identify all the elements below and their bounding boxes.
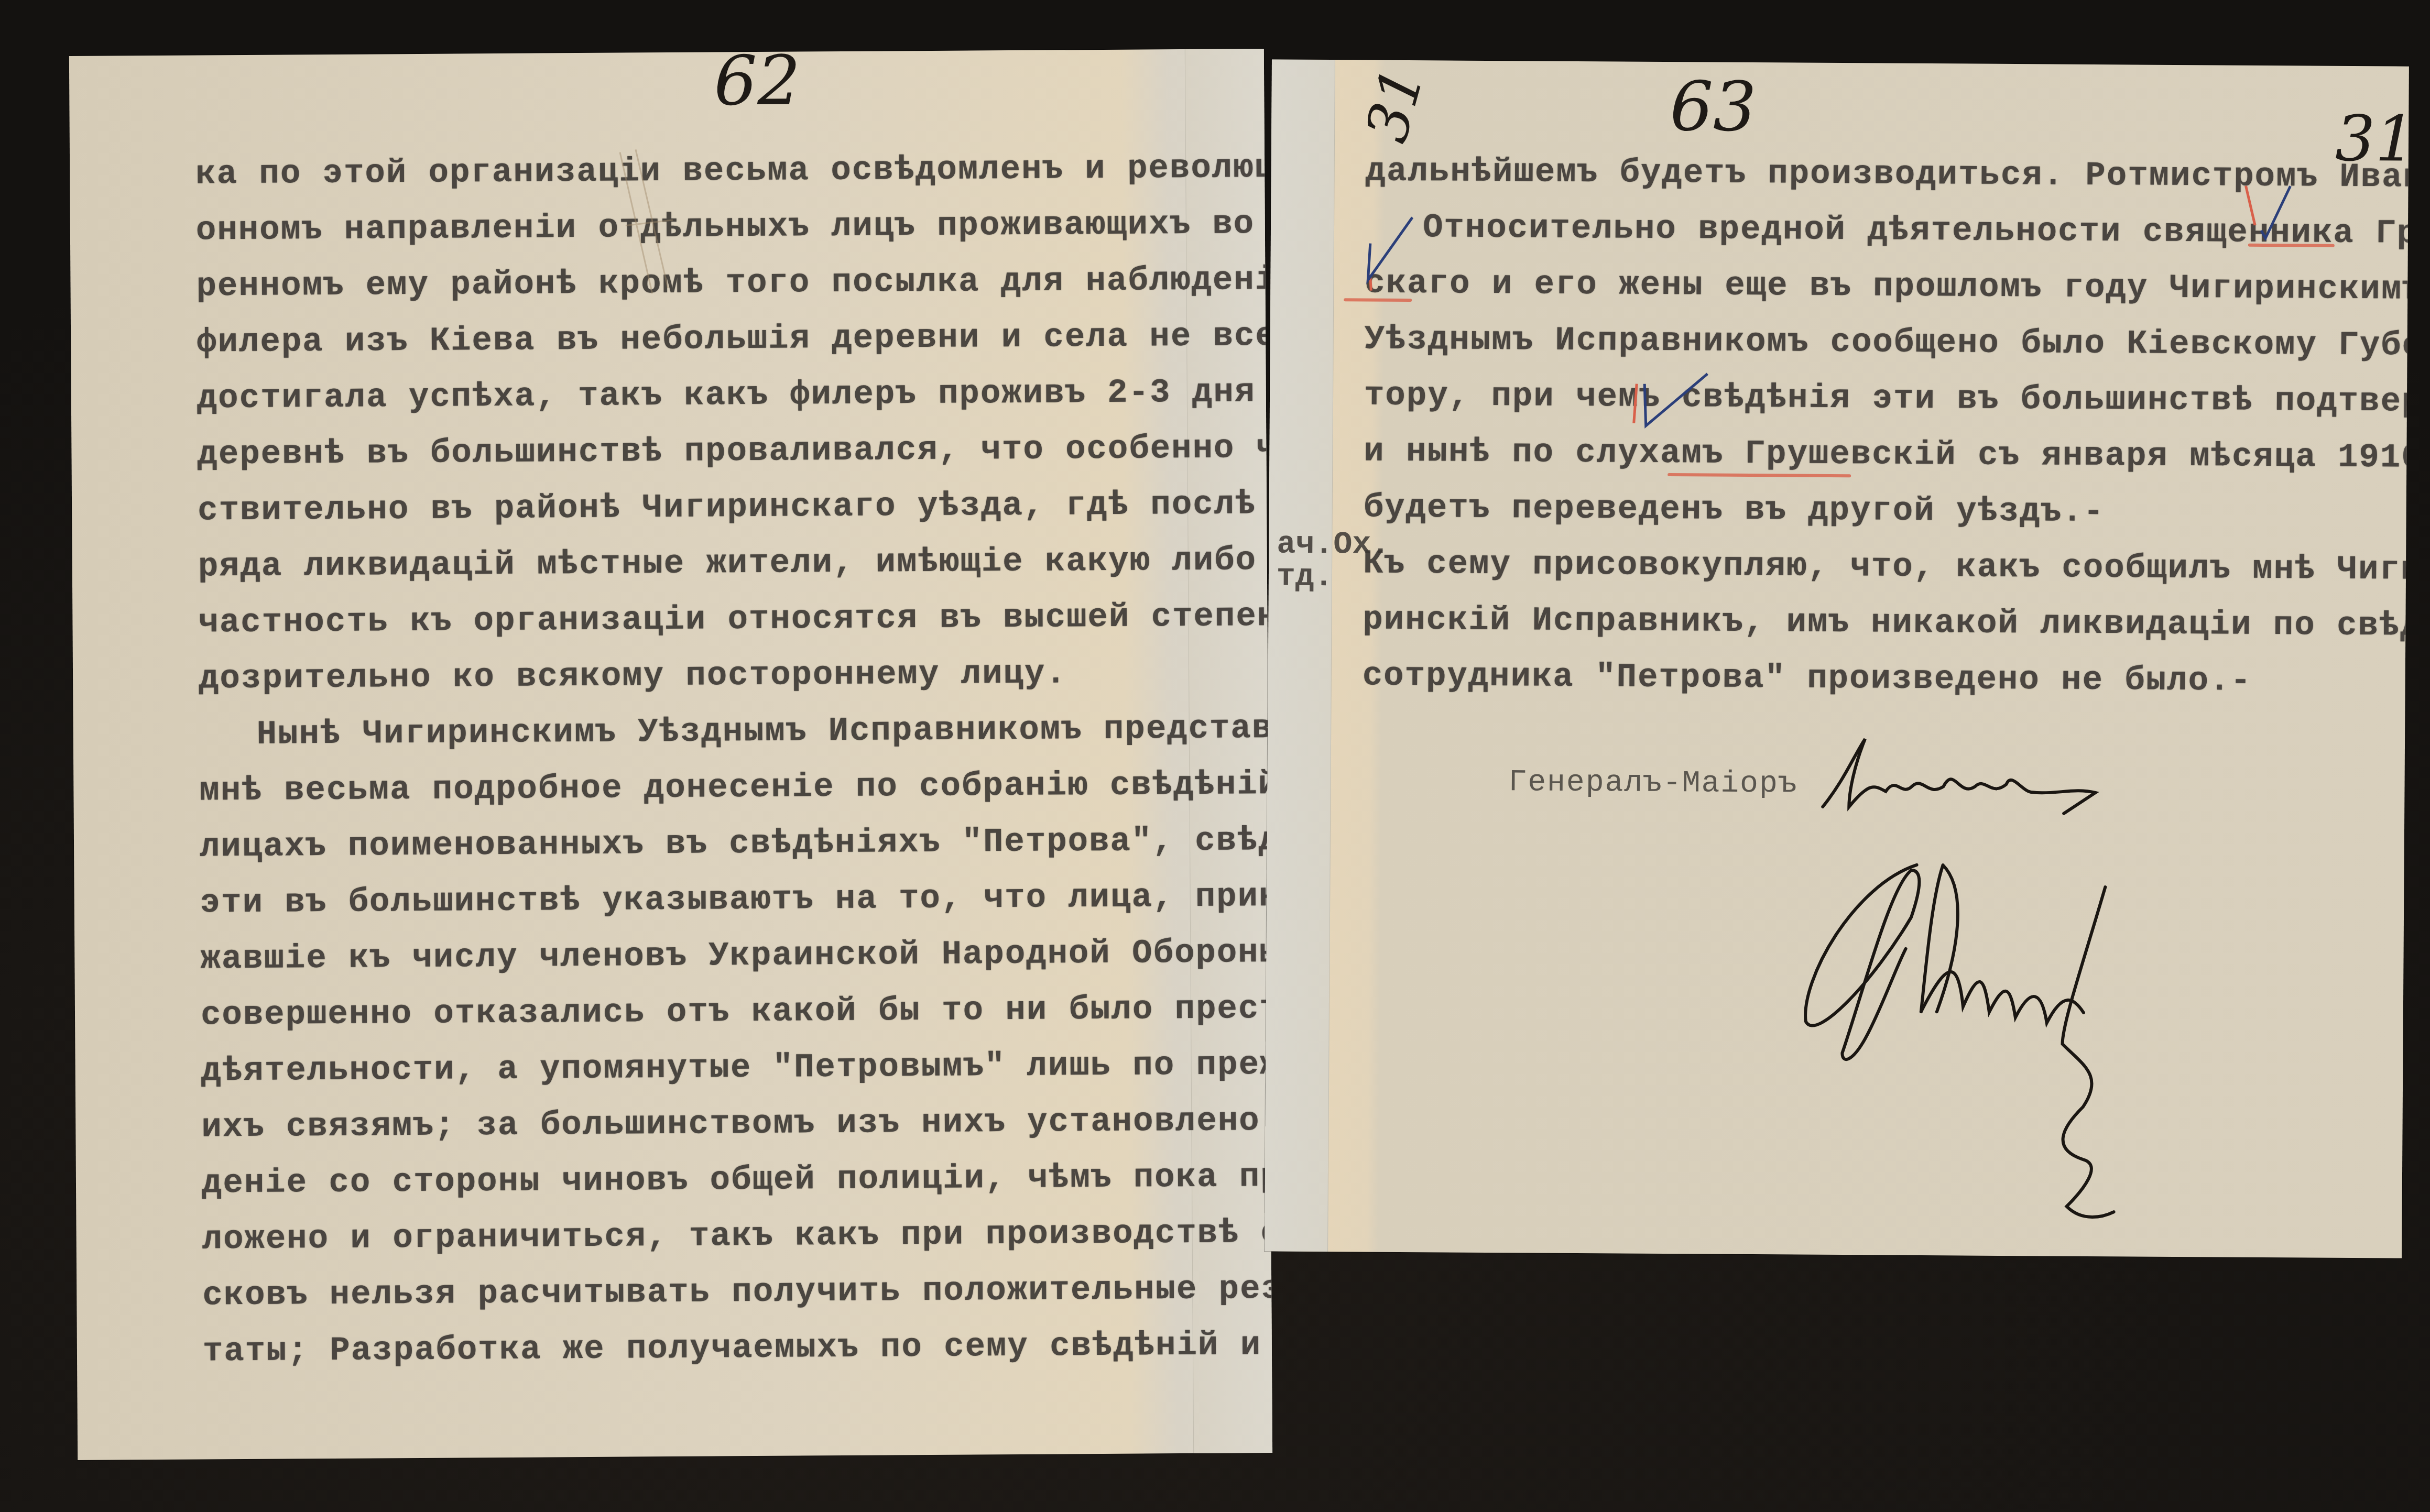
red-underline [2248,244,2335,247]
text-line: лицахъ поименованныхъ въ свѣдѣнiяхъ "Пет… [200,812,1272,875]
right-page-gutter-strip [1265,59,1335,1252]
text-line: Къ сему присовокупляю, что, какъ сообщил… [1363,536,2409,599]
text-line: дозрительно ко всякому постороннему лицу… [199,644,1272,707]
text-line: дѣятельности, а упомянутые "Петровымъ" л… [201,1036,1272,1100]
text-line: ринскiй Исправникъ, имъ никакой ликвидац… [1363,592,2409,655]
text-line: ка по этой организацiи весьма освѣдомлен… [195,139,1272,203]
text-line: денiе со стороны чиновъ общей полицiи, ч… [202,1148,1272,1212]
text-line: ложено и ограничиться, такъ какъ при про… [202,1204,1272,1268]
pencil-mark-icon [615,147,679,304]
text-line: скаго и его жены еще въ прошломъ году Чи… [1365,256,2409,319]
text-line: и нынѣ по слухамъ Грушевскiй съ января м… [1364,424,2409,487]
text-line: тору, при чемъ свѣдѣнiя эти въ большинст… [1364,368,2409,431]
right-page: 31 63 31 дальнѣйшемъ будетъ производитьс… [1265,59,2409,1258]
check-mark-icon [1354,212,1418,291]
text-line: частность къ организацiи относятся въ вы… [198,588,1272,651]
red-underline [1344,298,1412,302]
text-line: будетъ переведенъ въ другой уѣздъ.- [1363,480,2409,543]
archive-number-left: 31 [1357,62,1432,148]
text-line: эти въ большинствѣ указываютъ на то, что… [200,868,1272,932]
check-mark-icon [2235,181,2298,239]
margin-note: ач.Ох. тд. [1277,528,1390,594]
left-page: 62 ка по этой организацiи весьма освѣдом… [69,49,1272,1460]
text-line: ряда ликвидацiй мѣстные жители, имѣющiе … [198,532,1272,595]
text-line: совершенно отказались отъ какой бы то ни… [201,980,1272,1044]
text-line: достигала успѣха, такъ какъ филеръ прожи… [197,364,1273,427]
margin-note-line: ач.Ох. [1277,528,1390,561]
text-line: таты; Разработка же получаемыхъ по сему … [203,1317,1273,1380]
text-line: онномъ направленiи отдѣльныхъ лицъ прожи… [196,195,1273,259]
text-line: ренномъ ему районѣ кромѣ того посылка дл… [196,251,1272,315]
text-line: мнѣ весьма подробное донесенiе по собран… [199,756,1272,819]
text-line: сковъ нельзя расчитывать получить положи… [202,1261,1272,1324]
signature-rank: Генералъ-Маiоръ [1508,765,1797,801]
folio-number-left: 62 [714,49,801,115]
text-line: филера изъ Кiева въ небольшiя деревни и … [197,308,1272,371]
text-line: Нынѣ Чигиринскимъ Уѣзднымъ Исправникомъ … [199,700,1272,763]
folio-number-right: 63 [1670,72,1757,141]
text-line: ихъ связямъ; за большинствомъ изъ нихъ у… [201,1092,1272,1156]
check-mark-icon [1631,368,1716,442]
text-line: жавшiе къ числу членовъ Украинской Народ… [200,924,1272,988]
text-line: сотрудника "Петрова" произведено не было… [1362,648,2409,711]
left-page-text: ка по этой организацiи весьма освѣдомлен… [195,139,1272,1380]
text-line: деревнѣ въ большинствѣ проваливался, что… [197,420,1272,483]
text-line: ствительно въ районѣ Чигиринскаго уѣзда,… [198,476,1272,539]
margin-note-line: тд. [1277,561,1390,594]
signature-lower-icon [1789,853,2137,1222]
signature-upper-icon [1812,733,2106,824]
text-line: Уѣзднымъ Исправникомъ сообщено было Кiев… [1364,312,2409,375]
